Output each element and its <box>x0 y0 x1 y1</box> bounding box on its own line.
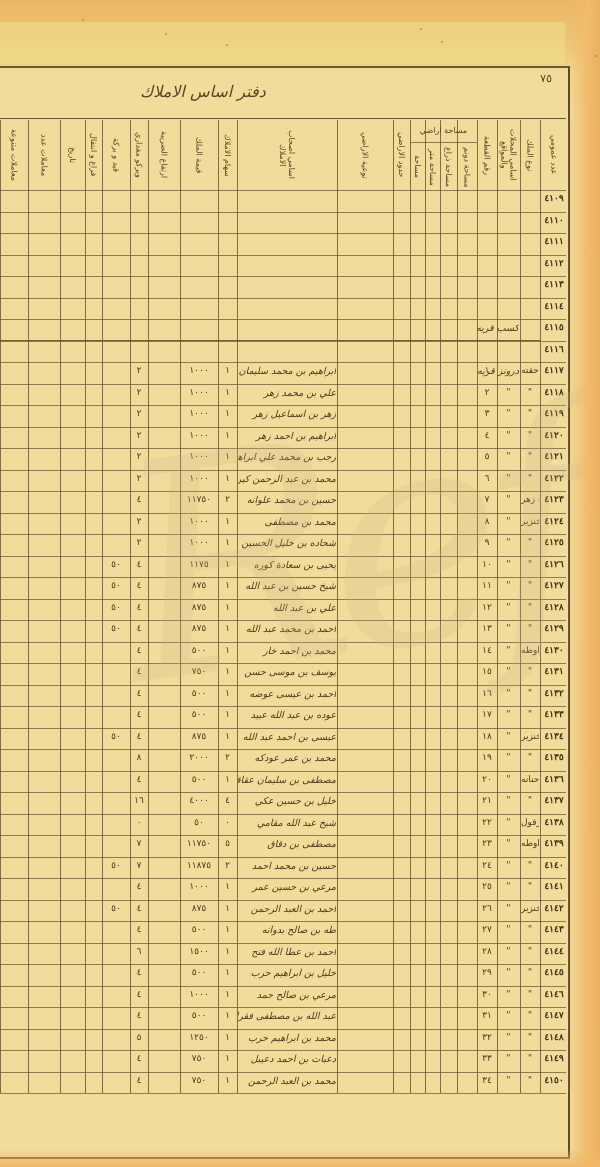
owner-name: حسين بن محمد احمد <box>238 861 336 878</box>
cell-type: " <box>521 624 539 641</box>
cell-parcel: ٢٤ <box>478 861 496 878</box>
cell-value: ١٢٥٠ <box>181 1033 217 1050</box>
cell-share: ١ <box>219 624 236 641</box>
cell-value: ١٠٠٠ <box>181 882 217 899</box>
cell-parcel: ٢٦ <box>478 904 496 921</box>
column-divider <box>85 120 86 1093</box>
cell-share: ١ <box>219 925 236 942</box>
ledger-table: مساحة اراضيعدد عمومينوع الملكاسامي المحل… <box>0 120 566 1159</box>
cell-tax: ٦ <box>131 947 147 964</box>
cell-tax: ١٦ <box>131 796 147 813</box>
cell-value: ١٥٠٠ <box>181 947 217 964</box>
cell-share: ١ <box>219 560 236 577</box>
cell-parcel: ٦ <box>478 474 496 491</box>
row-divider <box>0 276 566 277</box>
row-divider <box>0 233 566 234</box>
row-divider <box>0 728 566 729</box>
column-header-owner: اسامي اصحاب الاملاك <box>237 120 337 190</box>
cell-share: ١ <box>219 710 236 727</box>
cell-location: " <box>498 560 519 577</box>
cell-notes_a: ٥٠ <box>103 624 129 641</box>
cell-value: ١٠٠٠ <box>181 452 217 469</box>
cell-parcel: ١٧ <box>478 710 496 727</box>
cell-notes_a: ٥٠ <box>103 581 129 598</box>
cell-type: " <box>521 452 539 469</box>
cell-value: ١٠٠٠ <box>181 388 217 405</box>
village-heading-underline <box>0 340 540 342</box>
cell-type: " <box>521 861 539 878</box>
cell-location: " <box>498 775 519 792</box>
row-number: ٤١٢٤ <box>541 517 567 534</box>
cell-value: ١٠٠٠ <box>181 517 217 534</box>
cell-tax: ٤ <box>131 495 147 512</box>
cell-parcel: ٤ <box>478 431 496 448</box>
row-number: ٤١٤٣ <box>541 925 567 942</box>
cell-parcel: ٢١ <box>478 796 496 813</box>
owner-name: عوده بن عبد الله عبيد <box>238 710 336 727</box>
cell-location: " <box>498 452 519 469</box>
cell-location: كسب قريه <box>441 323 519 340</box>
cell-tax: ٧ <box>131 861 147 878</box>
cell-tax: ٢ <box>131 388 147 405</box>
cell-value: ١٠٠٠ <box>181 474 217 491</box>
cell-type: " <box>521 474 539 491</box>
cell-type: " <box>521 667 539 684</box>
cell-parcel: ١٤ <box>478 646 496 663</box>
cell-parcel: ٢٨ <box>478 947 496 964</box>
cell-share: ١ <box>219 1033 236 1050</box>
row-divider <box>0 556 566 557</box>
column-header-value: قيمة الملك <box>180 120 218 190</box>
scan-speck <box>226 44 228 46</box>
cell-value: ١٠٠٠ <box>181 409 217 426</box>
cell-parcel: ٢٩ <box>478 968 496 985</box>
owner-name: علي بن محمد زهر <box>238 388 336 405</box>
row-divider <box>0 943 566 944</box>
cell-type: خنزير <box>521 732 539 749</box>
owner-name: محمد بن مصطفى <box>238 517 336 534</box>
row-divider <box>0 384 566 385</box>
cell-tax: ٤ <box>131 882 147 899</box>
column-header-notes_b: فراغ و انتقال <box>85 120 102 190</box>
column-header-tax: ويركو مقداري <box>130 120 148 190</box>
cell-type: حقته <box>521 366 539 383</box>
column-divider <box>393 120 394 1093</box>
cell-tax: ٤ <box>131 624 147 641</box>
row-number: ٤١٤٥ <box>541 968 567 985</box>
cell-type: " <box>521 1054 539 1071</box>
cell-type: خنزير <box>521 517 539 534</box>
cell-type: " <box>521 796 539 813</box>
owner-name: عبد الله بن مصطفى فقرا <box>238 1011 336 1028</box>
cell-share: ١ <box>219 409 236 426</box>
column-header-no: عدد عمومي <box>540 120 568 190</box>
header-group-divider <box>410 142 477 143</box>
row-divider <box>0 577 566 578</box>
cell-value: ١٠٠٠ <box>181 990 217 1007</box>
column-divider <box>28 120 29 1093</box>
row-divider <box>0 921 566 922</box>
owner-name: حسين بن محمد علوانه <box>238 495 336 512</box>
cell-share: ٤ <box>219 796 236 813</box>
cell-value: ١٠٠٠ <box>181 431 217 448</box>
column-header-notes_a: قيد و بركة <box>102 120 130 190</box>
column-header-remarks: معاملات متنوعة <box>0 120 28 190</box>
cell-notes_a: ٥٠ <box>103 861 129 878</box>
column-divider <box>148 120 149 1093</box>
row-number: ٤١٢٧ <box>541 581 567 598</box>
row-number: ٤١٣٣ <box>541 710 567 727</box>
owner-name: شحاده بن خليل الحسين <box>238 538 336 555</box>
cell-location: " <box>498 796 519 813</box>
row-divider <box>0 298 566 299</box>
column-header-boundaries: حدود الاراضي <box>393 120 410 190</box>
row-divider <box>0 642 566 643</box>
row-divider <box>0 857 566 858</box>
owner-name: احمد بن محمد عبد الله <box>238 624 336 641</box>
cell-type: " <box>521 560 539 577</box>
cell-tax: ٢ <box>131 409 147 426</box>
row-divider <box>0 212 566 213</box>
row-divider <box>0 491 566 492</box>
cell-value: ١٠٠٠ <box>181 538 217 555</box>
cell-tax: ٤ <box>131 775 147 792</box>
cell-notes_a: ٥٠ <box>103 560 129 577</box>
cell-share: ١ <box>219 882 236 899</box>
cell-share: ١ <box>219 517 236 534</box>
cell-type: " <box>521 882 539 899</box>
cell-share: ١ <box>219 904 236 921</box>
cell-value: ١١٨٧٥ <box>181 861 217 878</box>
ledger-title: دفتر اساس الاملاك <box>140 82 266 101</box>
cell-share: ٢ <box>219 753 236 770</box>
row-number: ٤١٣٦ <box>541 775 567 792</box>
row-divider <box>0 685 566 686</box>
row-number: ٤١١٩ <box>541 409 567 426</box>
row-divider <box>0 771 566 772</box>
row-divider <box>0 470 566 471</box>
cell-type: " <box>521 581 539 598</box>
column-divider <box>410 120 411 1093</box>
cell-value: ٥٠٠ <box>181 925 217 942</box>
cell-share: ١ <box>219 603 236 620</box>
cell-share: ٢ <box>219 861 236 878</box>
cell-value: ٥٠٠ <box>181 775 217 792</box>
row-divider <box>0 448 566 449</box>
cell-notes_a: ٥٠ <box>103 732 129 749</box>
cell-share: ١ <box>219 968 236 985</box>
owner-name: احمد بن عيسى عوضه <box>238 689 336 706</box>
cell-type: " <box>521 388 539 405</box>
cell-share: ١ <box>219 775 236 792</box>
cell-type: " <box>521 538 539 555</box>
cell-location: " <box>498 882 519 899</box>
scan-edge-right <box>570 0 600 1167</box>
row-number: ٤١٤٩ <box>541 1054 567 1071</box>
row-number: ٤١١١ <box>541 237 567 254</box>
row-number: ٤١٢٠ <box>541 431 567 448</box>
row-number: ٤١١٣ <box>541 280 567 297</box>
column-header-area_c: مساحة متر <box>425 144 440 190</box>
cell-share: ٠ <box>219 818 236 835</box>
owner-name: محمد بن ابراهيم حرب <box>238 1033 336 1050</box>
owner-name: محمد بن عمر عودكه <box>238 753 336 770</box>
cell-location: " <box>498 431 519 448</box>
cell-location: " <box>498 861 519 878</box>
row-divider <box>0 362 566 363</box>
cell-tax: ٤ <box>131 904 147 921</box>
cell-tax: ٢ <box>131 517 147 534</box>
cell-location: " <box>498 710 519 727</box>
cell-parcel: ٩ <box>478 538 496 555</box>
row-number: ٤١٤٢ <box>541 904 567 921</box>
cell-parcel: ١٣ <box>478 624 496 641</box>
cell-type: اوطه <box>521 646 539 663</box>
row-divider <box>0 1093 566 1094</box>
row-divider <box>0 599 566 600</box>
cell-tax: ٤ <box>131 667 147 684</box>
owner-name: شيخ عبد الله مقامي <box>238 818 336 835</box>
page-number: ٧٥ <box>540 72 552 85</box>
row-divider <box>0 1029 566 1030</box>
cell-type: حقته زهر <box>521 495 539 512</box>
row-divider <box>0 986 566 987</box>
cell-parcel: ٧ <box>478 495 496 512</box>
owner-name: شيخ حسين بن عبد الله <box>238 581 336 598</box>
owner-name: عيسى بن احمد عبد الله <box>238 732 336 749</box>
row-divider <box>0 964 566 965</box>
cell-tax: ٤ <box>131 990 147 1007</box>
cell-value: ٥٠٠ <box>181 710 217 727</box>
column-divider <box>568 120 569 1093</box>
cell-type: " <box>521 968 539 985</box>
row-divider <box>0 1007 566 1008</box>
row-divider <box>0 1050 566 1051</box>
cell-parcel: ١١ <box>478 581 496 598</box>
row-number: ٤١٤٦ <box>541 990 567 1007</box>
cell-share: ١ <box>219 646 236 663</box>
cell-parcel: ٣١ <box>478 1011 496 1028</box>
row-number: ٤١٢٥ <box>541 538 567 555</box>
column-header-type: نوع الملك <box>520 120 540 190</box>
cell-parcel: ١٠ <box>478 560 496 577</box>
cell-share: ١ <box>219 538 236 555</box>
cell-share: ١ <box>219 431 236 448</box>
cell-location: " <box>498 904 519 921</box>
cell-value: ٥٠٠ <box>181 1011 217 1028</box>
cell-value: ١١٧٥٠ <box>181 495 217 512</box>
cell-value: ٧٥٠ <box>181 1054 217 1071</box>
column-header-area_b: مساحة ذراع <box>440 144 457 190</box>
cell-type: قرقول <box>521 818 539 835</box>
row-number: ٤١٥٠ <box>541 1076 567 1093</box>
cell-parcel: ١٨ <box>478 732 496 749</box>
cell-tax: ٢ <box>131 538 147 555</box>
cell-location: " <box>498 538 519 555</box>
owner-name: محمد بن العبد الرحمن <box>238 1076 336 1093</box>
row-number: ٤١١٨ <box>541 388 567 405</box>
cell-type: " <box>521 753 539 770</box>
cell-value: ٧٥٠ <box>181 667 217 684</box>
cell-location: " <box>498 990 519 1007</box>
cell-value: ١١٧٥٠ <box>181 839 217 856</box>
cell-type: خنزير <box>521 904 539 921</box>
row-number: ٤١٢٢ <box>541 474 567 491</box>
row-divider <box>0 1072 566 1073</box>
cell-parcel: ١٥ <box>478 667 496 684</box>
cell-value: ٨٧٥ <box>181 581 217 598</box>
row-number: ٤١١٥ <box>541 323 567 340</box>
row-divider <box>0 513 566 514</box>
scan-speck <box>82 19 84 21</box>
owner-name: مصطفى بن سليمان عقاقي <box>238 775 336 792</box>
row-divider <box>0 255 566 256</box>
row-divider <box>0 620 566 621</box>
cell-share: ١ <box>219 1076 236 1093</box>
row-number: ٤١٠٩ <box>541 194 567 211</box>
cell-share: ١ <box>219 1054 236 1071</box>
cell-type: " <box>521 409 539 426</box>
row-number: ٤١١٠ <box>541 216 567 233</box>
cell-tax: ٤ <box>131 732 147 749</box>
cell-location: " <box>498 968 519 985</box>
cell-location: " <box>498 753 519 770</box>
column-header-transfer_date: تاريخ <box>60 120 85 190</box>
column-divider <box>440 120 441 1093</box>
cell-notes_a: ٥٠ <box>103 904 129 921</box>
cell-value: ٨٧٥ <box>181 603 217 620</box>
cell-parcel: ١٢ <box>478 603 496 620</box>
cell-type: " <box>521 603 539 620</box>
cell-share: ١ <box>219 388 236 405</box>
cell-location: " <box>498 474 519 491</box>
cell-share: ١ <box>219 474 236 491</box>
scan-speck <box>441 41 443 43</box>
scan-speck <box>165 33 167 35</box>
row-divider <box>0 405 566 406</box>
owner-name: احمد بن العبد الرحمن <box>238 904 336 921</box>
row-number: ٤١٤٨ <box>541 1033 567 1050</box>
cell-type: " <box>521 1011 539 1028</box>
cell-value: ٥٠ <box>181 818 217 835</box>
column-header-transfer_no: معاملات عدد <box>28 120 60 190</box>
scan-top-band <box>0 22 565 64</box>
cell-parcel: ٣٤ <box>478 1076 496 1093</box>
column-header-location: اسامي المحلات والمواقع <box>497 120 520 190</box>
row-number: ٤١٤٠ <box>541 861 567 878</box>
cell-tax: ٤ <box>131 581 147 598</box>
row-number: ٤١٣٠ <box>541 646 567 663</box>
cell-share: ١ <box>219 366 236 383</box>
cell-parcel: ٢ <box>478 388 496 405</box>
row-number: ٤١٢٦ <box>541 560 567 577</box>
owner-name: يوسف بن موسى حسن <box>238 667 336 684</box>
owner-name: خليل بن حسين عكي <box>238 796 336 813</box>
cell-value: ٧٥٠ <box>181 1076 217 1093</box>
row-number: ٤١٢٩ <box>541 624 567 641</box>
cell-parcel: ٢٣ <box>478 839 496 856</box>
owner-name: ابراهيم بن احمد زهر <box>238 431 336 448</box>
cell-location: " <box>498 581 519 598</box>
cell-location: " <box>498 732 519 749</box>
row-number: ٤١١٦ <box>541 345 567 362</box>
row-number: ٤١٣٨ <box>541 818 567 835</box>
cell-location: " <box>498 818 519 835</box>
cell-location: " <box>498 603 519 620</box>
row-divider <box>0 706 566 707</box>
cell-location: " <box>498 1076 519 1093</box>
cell-value: ١١٧٥ <box>181 560 217 577</box>
row-number: ٤١٣٥ <box>541 753 567 770</box>
cell-tax: ٠ <box>131 818 147 835</box>
row-number: ٤١١٤ <box>541 302 567 319</box>
cell-notes_a: ٥٠ <box>103 603 129 620</box>
column-header-area_a: مساحة دونم <box>457 144 477 190</box>
cell-parcel: ٣ <box>478 409 496 426</box>
row-divider <box>0 427 566 428</box>
cell-type: " <box>521 925 539 942</box>
column-header-share: سهام الاملاك <box>218 120 237 190</box>
scan-speck <box>595 55 597 57</box>
cell-share: ١ <box>219 452 236 469</box>
cell-parcel: ٢٧ <box>478 925 496 942</box>
cell-location: " <box>498 646 519 663</box>
cell-location: " <box>498 689 519 706</box>
owner-name: محمد بن احمد خار <box>238 646 336 663</box>
cell-location: " <box>498 409 519 426</box>
scan-speck <box>420 28 422 30</box>
cell-tax: ٤ <box>131 1011 147 1028</box>
cell-type: " <box>521 990 539 1007</box>
owner-name: احمد بن عطا الله فتح <box>238 947 336 964</box>
row-divider <box>0 534 566 535</box>
cell-location: " <box>498 947 519 964</box>
cell-parcel: ١ <box>478 366 496 383</box>
header-group-label: مساحة اراضي <box>410 120 477 140</box>
scan-edge-bottom <box>0 1149 600 1167</box>
cell-location: " <box>498 388 519 405</box>
cell-tax: ٢ <box>131 431 147 448</box>
cell-tax: ٤ <box>131 560 147 577</box>
cell-share: ١ <box>219 689 236 706</box>
cell-location: " <box>498 1011 519 1028</box>
cell-location: " <box>498 667 519 684</box>
cell-value: ٥٠٠ <box>181 689 217 706</box>
cell-tax: ٢ <box>131 366 147 383</box>
row-number: ٤١٤١ <box>541 882 567 899</box>
owner-name: زهر بن اسماعيل زهر <box>238 409 336 426</box>
row-number: ٤١١٢ <box>541 259 567 276</box>
owner-name: ابراهيم بن محمد سليمان <box>238 366 336 383</box>
cell-parcel: ٣٠ <box>478 990 496 1007</box>
owner-name: خليل بن ابراهيم حرب <box>238 968 336 985</box>
cell-location: " <box>498 839 519 856</box>
cell-parcel: ١٩ <box>478 753 496 770</box>
cell-tax: ٤ <box>131 689 147 706</box>
cell-value: ٤٠٠٠ <box>181 796 217 813</box>
cell-share: ١ <box>219 1011 236 1028</box>
title-band: ٧٥ دفتر اساس الاملاك <box>0 68 566 119</box>
column-header-parcel: رقم القطعة <box>477 120 497 190</box>
owner-name: طه بن صالح بدوانه <box>238 925 336 942</box>
owner-name: مصطفى بن دقاق <box>238 839 336 856</box>
row-number: ٤١٢٨ <box>541 603 567 620</box>
cell-value: ٢٠٠٠ <box>181 753 217 770</box>
cell-tax: ٢ <box>131 474 147 491</box>
cell-value: ١٠٠٠ <box>181 366 217 383</box>
cell-value: ٨٧٥ <box>181 732 217 749</box>
owner-name: مرعي بن حسين عمر <box>238 882 336 899</box>
